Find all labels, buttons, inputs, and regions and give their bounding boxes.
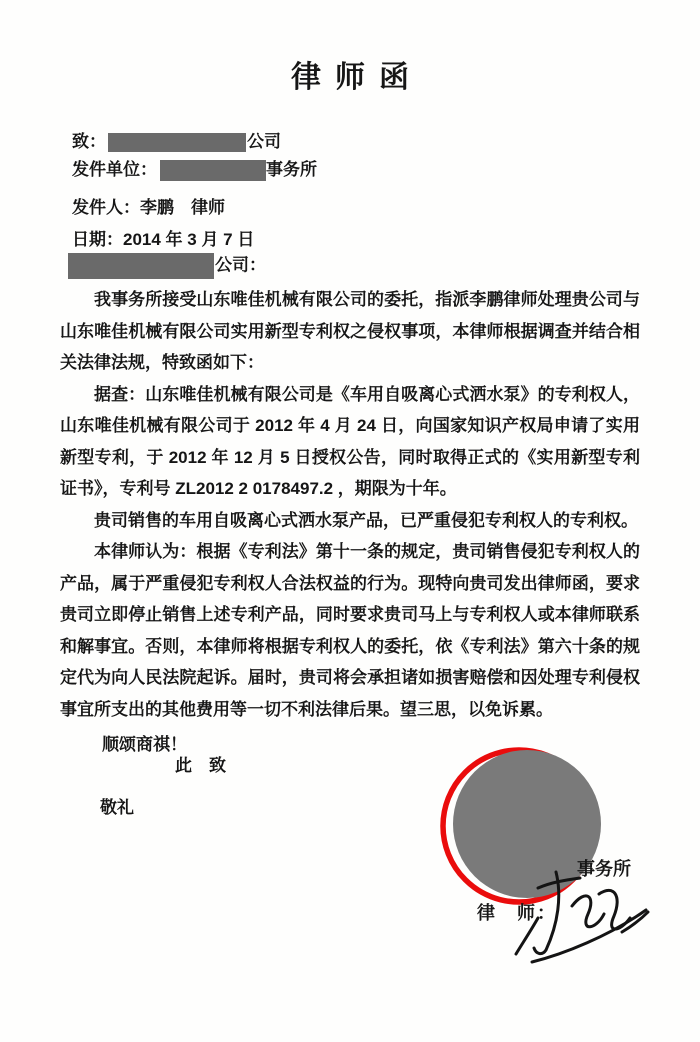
salutation-suffix: 公司： — [215, 255, 266, 274]
letter-body: 我事务所接受山东唯佳机械有限公司的委托，指派李鹏律师处理贵公司与山东唯佳机械有限… — [60, 284, 640, 725]
to-company-suffix: 公司 — [247, 132, 281, 151]
body-paragraph: 我事务所接受山东唯佳机械有限公司的委托，指派李鹏律师处理贵公司与山东唯佳机械有限… — [60, 284, 640, 379]
lawyer-letter-page: 律师函 致：公司 发件单位：事务所 发件人：李鹏 律师 日期：2014 年 3 … — [0, 0, 700, 1042]
redaction-box-firm — [160, 160, 266, 181]
body-paragraph: 据查：山东唯佳机械有限公司是《车用自吸离心式洒水泵》的专利权人，山东唯佳机械有限… — [60, 379, 640, 505]
body-paragraph: 本律师认为：根据《专利法》第十一条的规定，贵司销售侵犯专利权人的产品，属于严重侵… — [60, 536, 640, 725]
signature-icon — [504, 866, 652, 966]
salutation-line: 公司： — [68, 253, 266, 279]
date-label: 日期： — [72, 230, 123, 249]
sender-org-line: 发件单位：事务所 — [72, 159, 317, 181]
body-paragraph: 贵司销售的车用自吸离心式洒水泵产品，已严重侵犯专利权人的专利权。 — [60, 505, 640, 537]
sender-org-suffix: 事务所 — [266, 160, 317, 179]
to-line: 致：公司 — [72, 131, 281, 153]
closing-this-to: 此 致 — [175, 756, 226, 776]
page-title: 律师函 — [0, 52, 700, 96]
sender-org-label: 发件单位： — [72, 160, 157, 179]
date-value: 2014 年 3 月 7 日 — [123, 230, 254, 249]
closing-regards: 顺颂商祺！ — [102, 735, 187, 755]
redaction-box-recipient — [108, 133, 246, 152]
to-label: 致： — [72, 132, 106, 151]
sender-label: 发件人： — [72, 198, 140, 217]
redaction-box-addressee — [68, 253, 214, 279]
sender-name: 李鹏 律师 — [140, 198, 225, 217]
date-line: 日期：2014 年 3 月 7 日 — [72, 229, 254, 251]
sender-line: 发件人：李鹏 律师 — [72, 197, 225, 219]
closing-salute: 敬礼 — [100, 798, 134, 818]
